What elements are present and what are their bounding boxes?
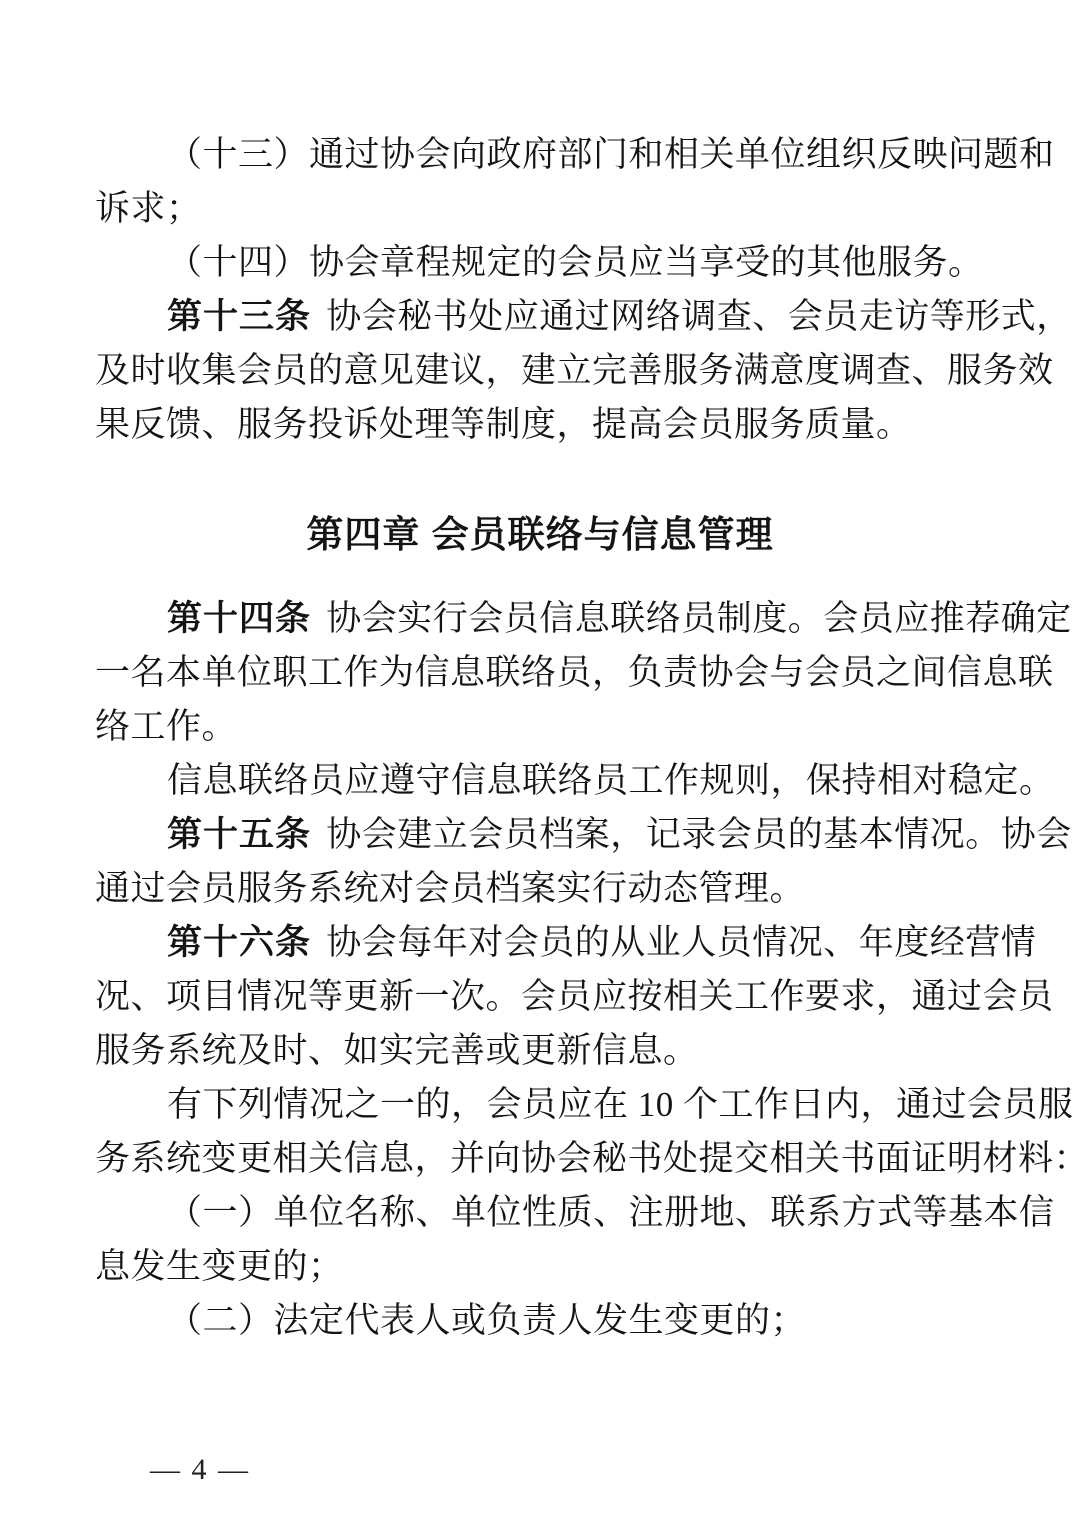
text-line: 及时收集会员的意见建议，建立完善服务满意度调查、服务效: [95, 344, 985, 398]
text-line: 服务系统及时、如实完善或更新信息。: [95, 1024, 985, 1078]
document-page: （十三）通过协会向政府部门和相关单位组织反映问题和诉求；（十四）协会章程规定的会…: [0, 0, 1080, 1527]
text-line: 一名本单位职工作为信息联络员，负责协会与会员之间信息联: [95, 646, 985, 700]
text-line: 务系统变更相关信息，并向协会秘书处提交相关书面证明材料：: [95, 1132, 985, 1186]
text-line: 有下列情况之一的，会员应在 10 个工作日内，通过会员服: [95, 1078, 985, 1132]
text-line: （二）法定代表人或负责人发生变更的；: [95, 1294, 985, 1348]
page-number: — 4 —: [150, 1453, 250, 1486]
chapter-heading: 第四章 会员联络与信息管理: [95, 508, 985, 562]
article-number: 第十五条: [167, 815, 311, 854]
text-line: 第十六条 协会每年对会员的从业人员情况、年度经营情: [95, 916, 985, 970]
text-line: （一）单位名称、单位性质、注册地、联系方式等基本信: [95, 1186, 985, 1240]
article-number: 第十四条: [167, 599, 311, 638]
article-number: 第十六条: [167, 923, 311, 962]
text-line: 第十五条 协会建立会员档案，记录会员的基本情况。协会: [95, 808, 985, 862]
text-line: 信息联络员应遵守信息联络员工作规则，保持相对稳定。: [95, 754, 985, 808]
text-line: 第十三条 协会秘书处应通过网络调查、会员走访等形式，: [95, 290, 985, 344]
text-line: （十三）通过协会向政府部门和相关单位组织反映问题和: [95, 128, 985, 182]
text-line: 第十四条 协会实行会员信息联络员制度。会员应推荐确定: [95, 592, 985, 646]
text-line: 络工作。: [95, 700, 985, 754]
text-line: 息发生变更的；: [95, 1240, 985, 1294]
page-footer: — 4 —: [112, 1416, 250, 1524]
text-line: 果反馈、服务投诉处理等制度，提高会员服务质量。: [95, 398, 985, 452]
document-body: （十三）通过协会向政府部门和相关单位组织反映问题和诉求；（十四）协会章程规定的会…: [95, 128, 985, 1348]
article-number: 第十三条: [167, 297, 311, 336]
text-line: 通过会员服务系统对会员档案实行动态管理。: [95, 862, 985, 916]
text-line: 况、项目情况等更新一次。会员应按相关工作要求，通过会员: [95, 970, 985, 1024]
text-line: （十四）协会章程规定的会员应当享受的其他服务。: [95, 236, 985, 290]
text-line: 诉求；: [95, 182, 985, 236]
